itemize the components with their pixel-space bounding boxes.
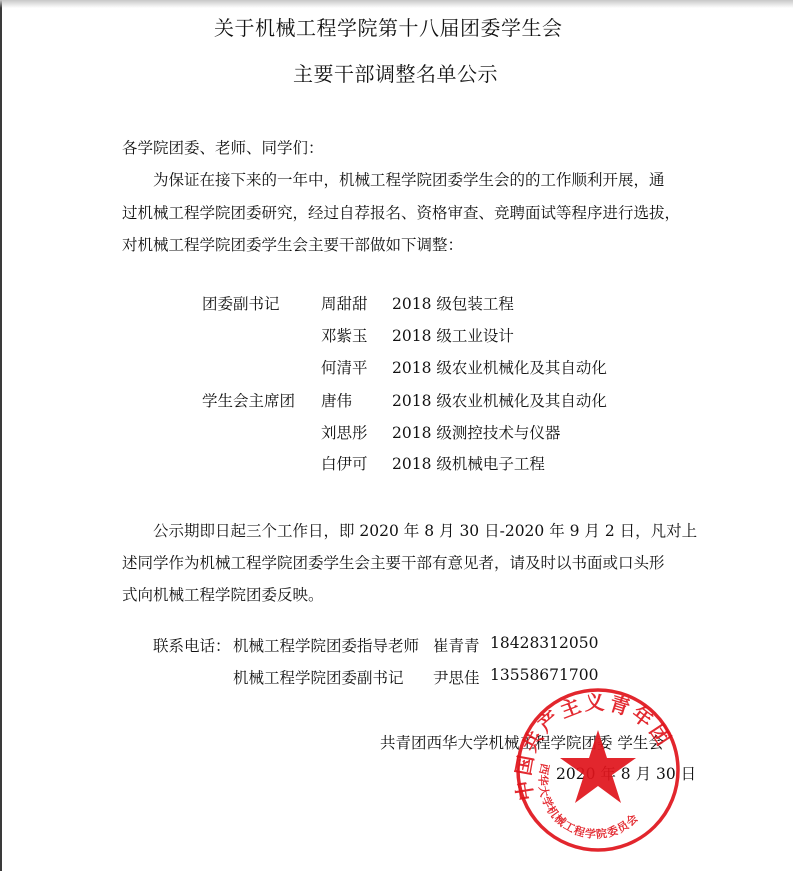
roster-name: 白伊可: [321, 452, 368, 474]
contact-label: 联系电话：: [153, 634, 231, 656]
roster-name: 唐伟: [321, 389, 352, 411]
official-seal-icon: 中国共产主义青年团 西华大学机械工程学院委员会: [514, 686, 682, 854]
roster-name: 何清平: [321, 356, 368, 378]
contact-title: 机械工程学院团委指导老师: [233, 634, 419, 656]
roster-name: 邓紫玉: [321, 324, 368, 346]
roster-major: 2018 级包装工程: [392, 292, 514, 314]
contact-name: 尹思佳: [433, 666, 480, 688]
roster-major: 2018 级农业机械化及其自动化: [392, 389, 607, 411]
notice-line-2: 述同学作为机械工程学院团委学生会主要干部有意见者，请及时以书面或口头形: [122, 551, 665, 573]
document-title-line1: 关于机械工程学院第十八届团委学生会: [214, 12, 563, 41]
contact-name: 崔青青: [433, 634, 480, 656]
roster-role: 学生会主席团: [202, 389, 295, 411]
roster-major: 2018 级机械电子工程: [392, 452, 545, 474]
roster-major: 2018 级工业设计: [392, 324, 514, 346]
intro-line-2: 过机械工程学院团委研究，经过自荐报名、资格审查、竞聘面试等程序进行选拔，: [122, 201, 680, 223]
contact-title: 机械工程学院团委副书记: [233, 666, 404, 688]
roster-role: 团委副书记: [202, 292, 280, 314]
salutation: 各学院团委、老师、同学们：: [122, 136, 324, 158]
notice-line-3: 式向机械工程学院团委反映。: [122, 583, 324, 605]
roster-major: 2018 级测控技术与仪器: [392, 421, 560, 443]
roster-name: 周甜甜: [321, 292, 368, 314]
page-left-border: [0, 0, 2, 871]
roster-major: 2018 级农业机械化及其自动化: [392, 356, 607, 378]
contact-phone: 18428312050: [490, 634, 598, 652]
page-top-shadow: [0, 0, 793, 8]
contact-phone: 13558671700: [490, 666, 598, 684]
intro-line-3: 对机械工程学院团委学生会主要干部做如下调整：: [122, 233, 463, 255]
intro-line-1: 为保证在接下来的一年中，机械工程学院团委学生会的的工作顺利开展，通: [153, 168, 665, 190]
document-title-line2: 主要干部调整名单公示: [293, 58, 498, 87]
notice-line-1: 公示期即日起三个工作日，即 2020 年 8 月 30 日-2020 年 9 月…: [153, 519, 697, 541]
roster-name: 刘思彤: [321, 421, 368, 443]
